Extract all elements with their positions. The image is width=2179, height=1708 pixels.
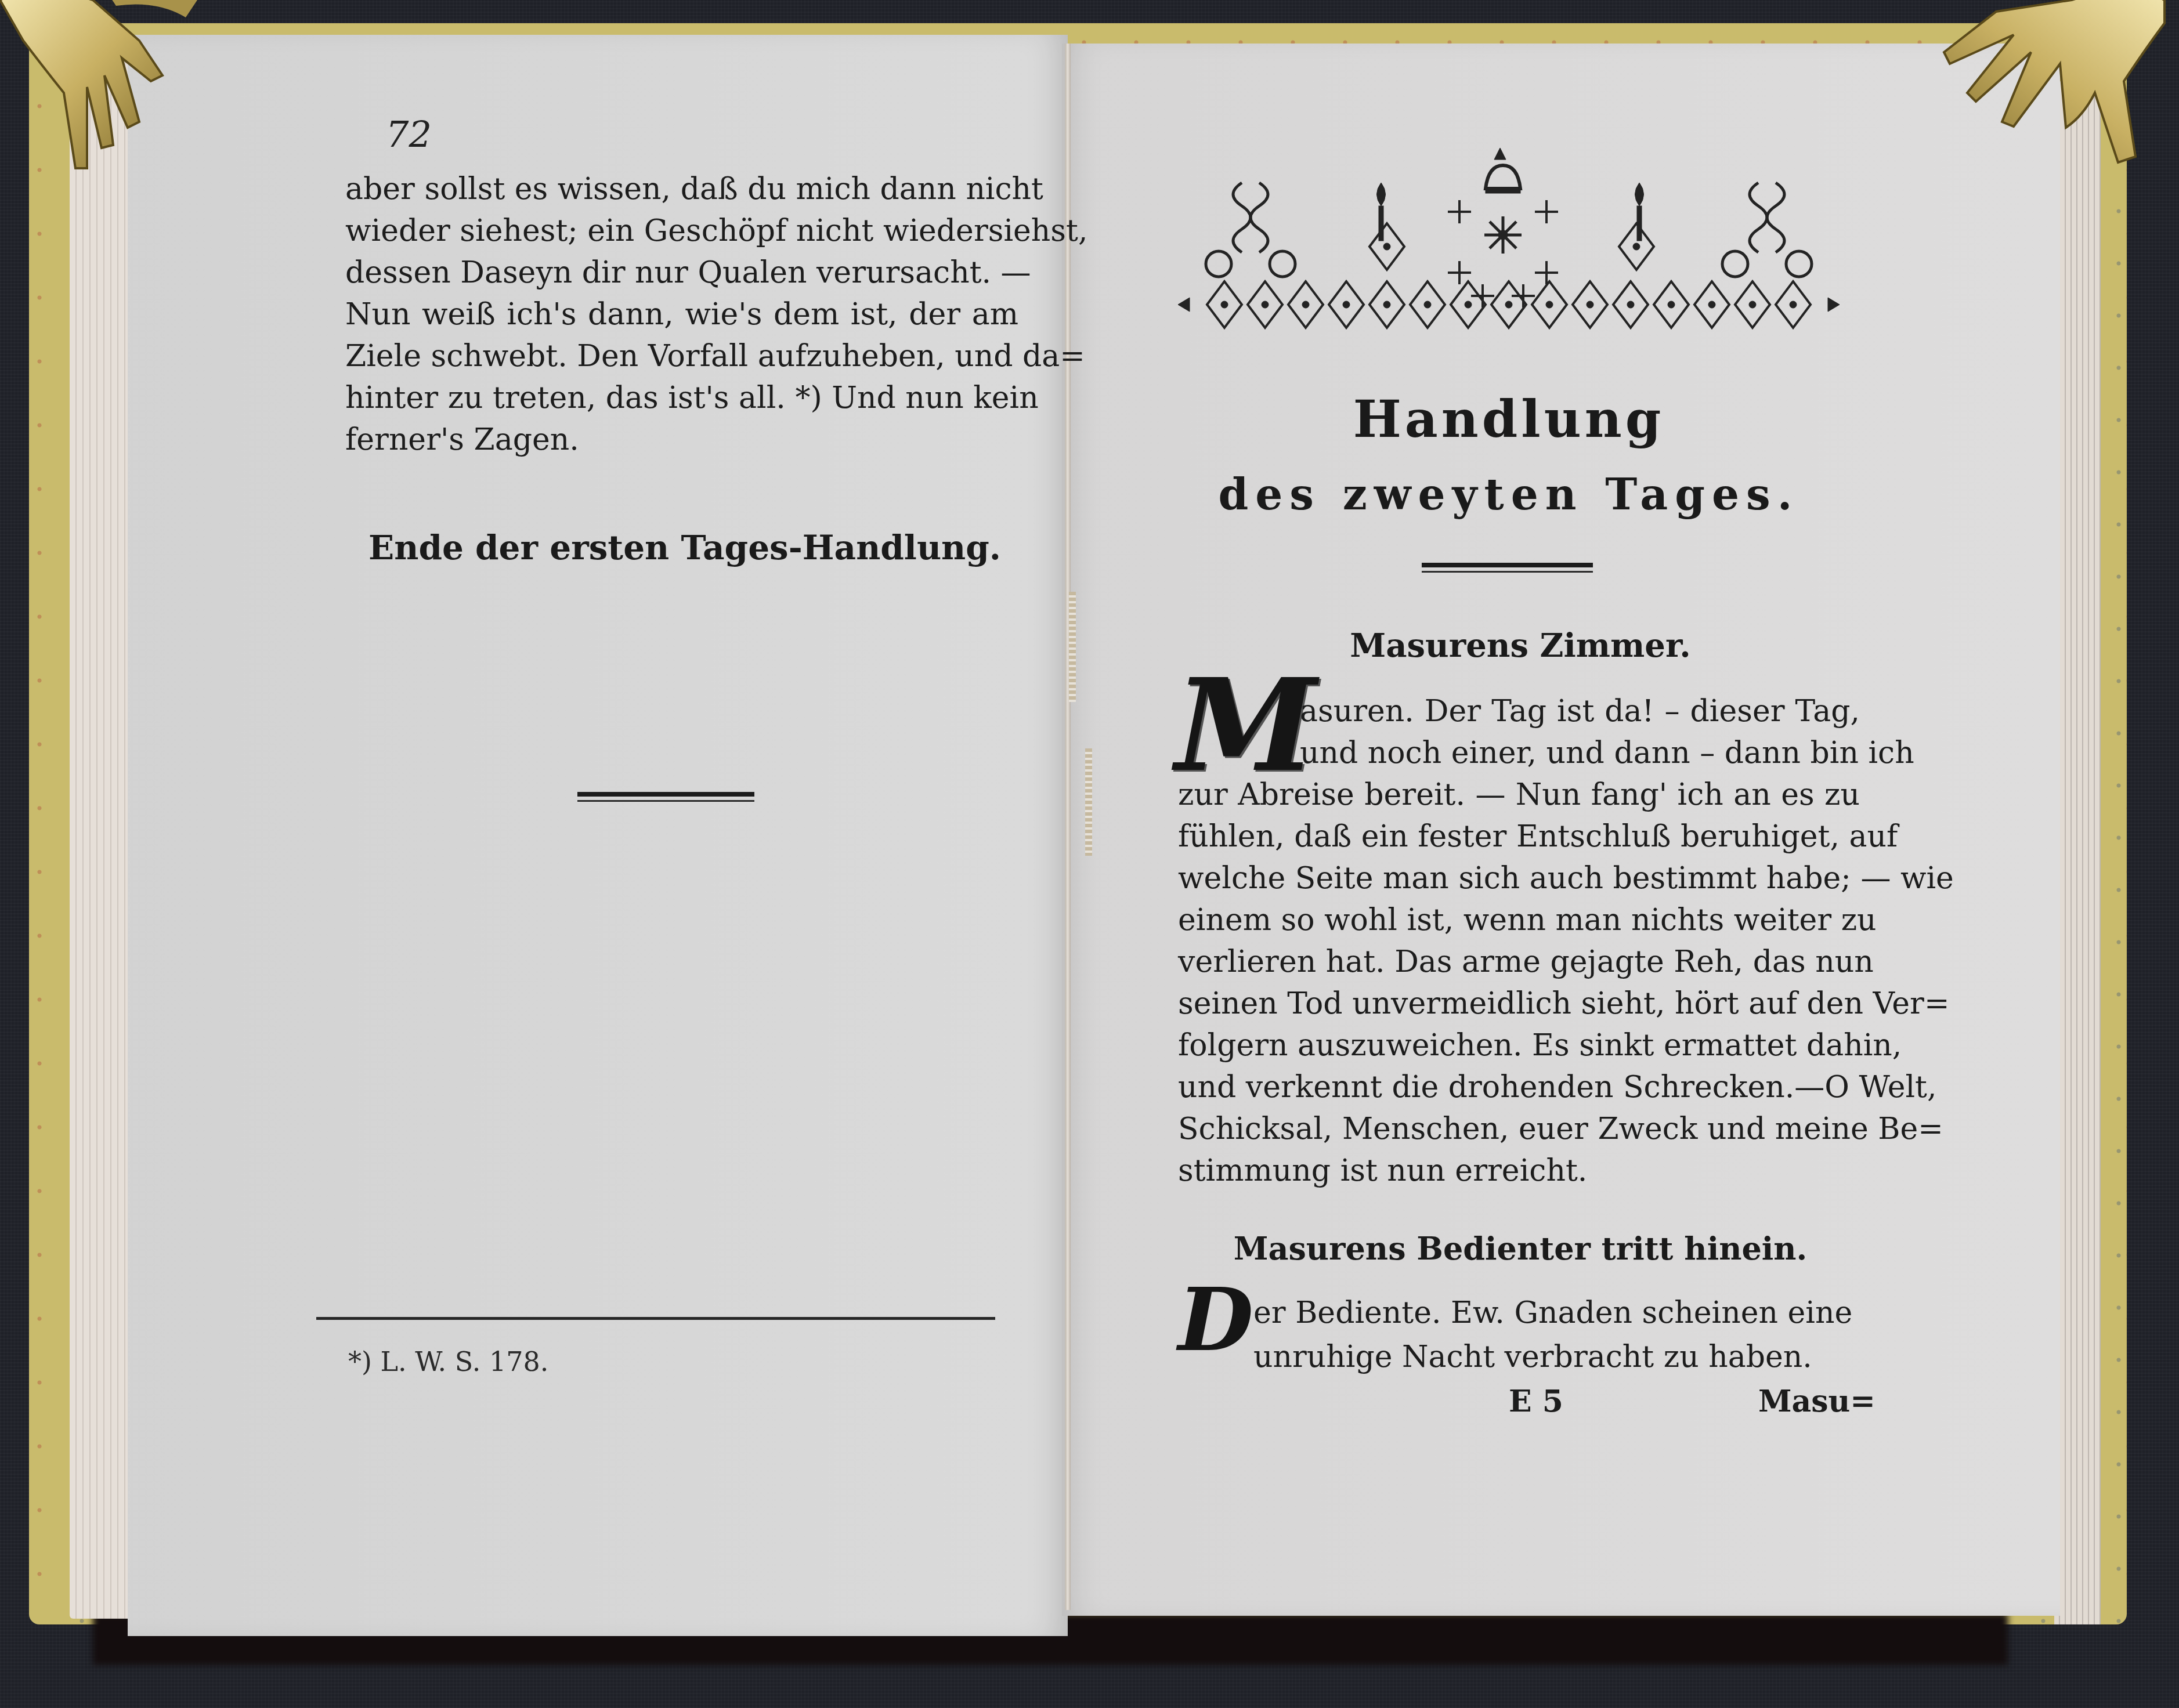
right-page-stack-edge [2054, 81, 2101, 1624]
signature-mark: E 5 [1509, 1384, 1563, 1419]
text-line: und noch einer, und dann – dann bin ich [1178, 732, 1860, 774]
text-line: welche Seite man sich auch bestimmt habe… [1178, 857, 1860, 899]
text-line: aber sollst es wissen, daß du mich dann … [345, 168, 1018, 210]
text-line: unruhige Nacht verbracht zu haben. [1178, 1335, 1863, 1379]
text-line: verlieren hat. Das arme gejagte Reh, das… [1178, 941, 1860, 983]
text-line: und verkennt die drohenden Schrecken.—O … [1178, 1066, 1860, 1108]
left-page-body-text: aber sollst es wissen, daß du mich dann … [345, 168, 1018, 461]
footnote-rule [316, 1317, 995, 1320]
text-line: ferner's Zagen. [345, 419, 1018, 461]
title-divider-rule [1422, 563, 1593, 573]
text-line: fühlen, daß ein fester Entschluß beruhig… [1178, 816, 1860, 857]
text-line: asuren. Der Tag ist da! – dieser Tag, [1178, 690, 1860, 732]
brass-hand-clip-icon [0, 0, 290, 220]
binding-thread [1085, 748, 1092, 856]
text-line: wieder siehest; ein Geschöpf nicht wiede… [345, 210, 1018, 252]
act-subtitle: des zweyten Tages. [1161, 470, 1857, 520]
text-line: seinen Tod unvermeidlich sieht, hört auf… [1178, 983, 1860, 1025]
section-divider-rule [577, 792, 754, 802]
text-line: dessen Daseyn dir nur Qualen verursacht.… [345, 252, 1018, 294]
right-page-body-text: asuren. Der Tag ist da! – dieser Tag, un… [1178, 690, 1860, 1192]
text-line: Schicksal, Menschen, euer Zweck und mein… [1178, 1108, 1860, 1150]
text-line: er Bediente. Ew. Gnaden scheinen eine [1178, 1291, 1863, 1335]
page-number: 72 [386, 113, 432, 155]
text-line: Nun weiß ich's dann, wie's dem ist, der … [345, 294, 1018, 335]
end-of-act-heading: Ende der ersten Tages-Handlung. [348, 528, 1021, 567]
brass-hand-clip-icon [1874, 0, 2176, 220]
book-photo-scene: 72 aber sollst es wissen, daß du mich da… [0, 0, 2179, 1708]
binding-thread [1069, 592, 1076, 702]
crown-ornament-icon [1172, 148, 1845, 334]
act-title: Handlung [1161, 389, 1857, 449]
book-gutter [1065, 44, 1071, 1610]
text-line: hinter zu treten, das ist's all. *) Und … [345, 377, 1018, 419]
text-line: folgern auszuweichen. Es sinkt ermattet … [1178, 1025, 1860, 1066]
text-line: Ziele schwebt. Den Vorfall aufzuheben, u… [345, 335, 1018, 377]
text-line: einem so wohl ist, wenn man nichts weite… [1178, 899, 1860, 941]
text-line: zur Abreise bereit. — Nun fang' ich an e… [1178, 774, 1860, 816]
text-line: stimmung ist nun erreicht. [1178, 1150, 1860, 1192]
catchword: Masu= [1758, 1384, 1876, 1419]
footnote: *) L. W. S. 178. [348, 1346, 548, 1377]
servant-dialogue: er Bediente. Ew. Gnaden scheinen eine un… [1178, 1291, 1863, 1379]
stage-direction: Masurens Bedienter tritt hinein. [1184, 1230, 1857, 1267]
